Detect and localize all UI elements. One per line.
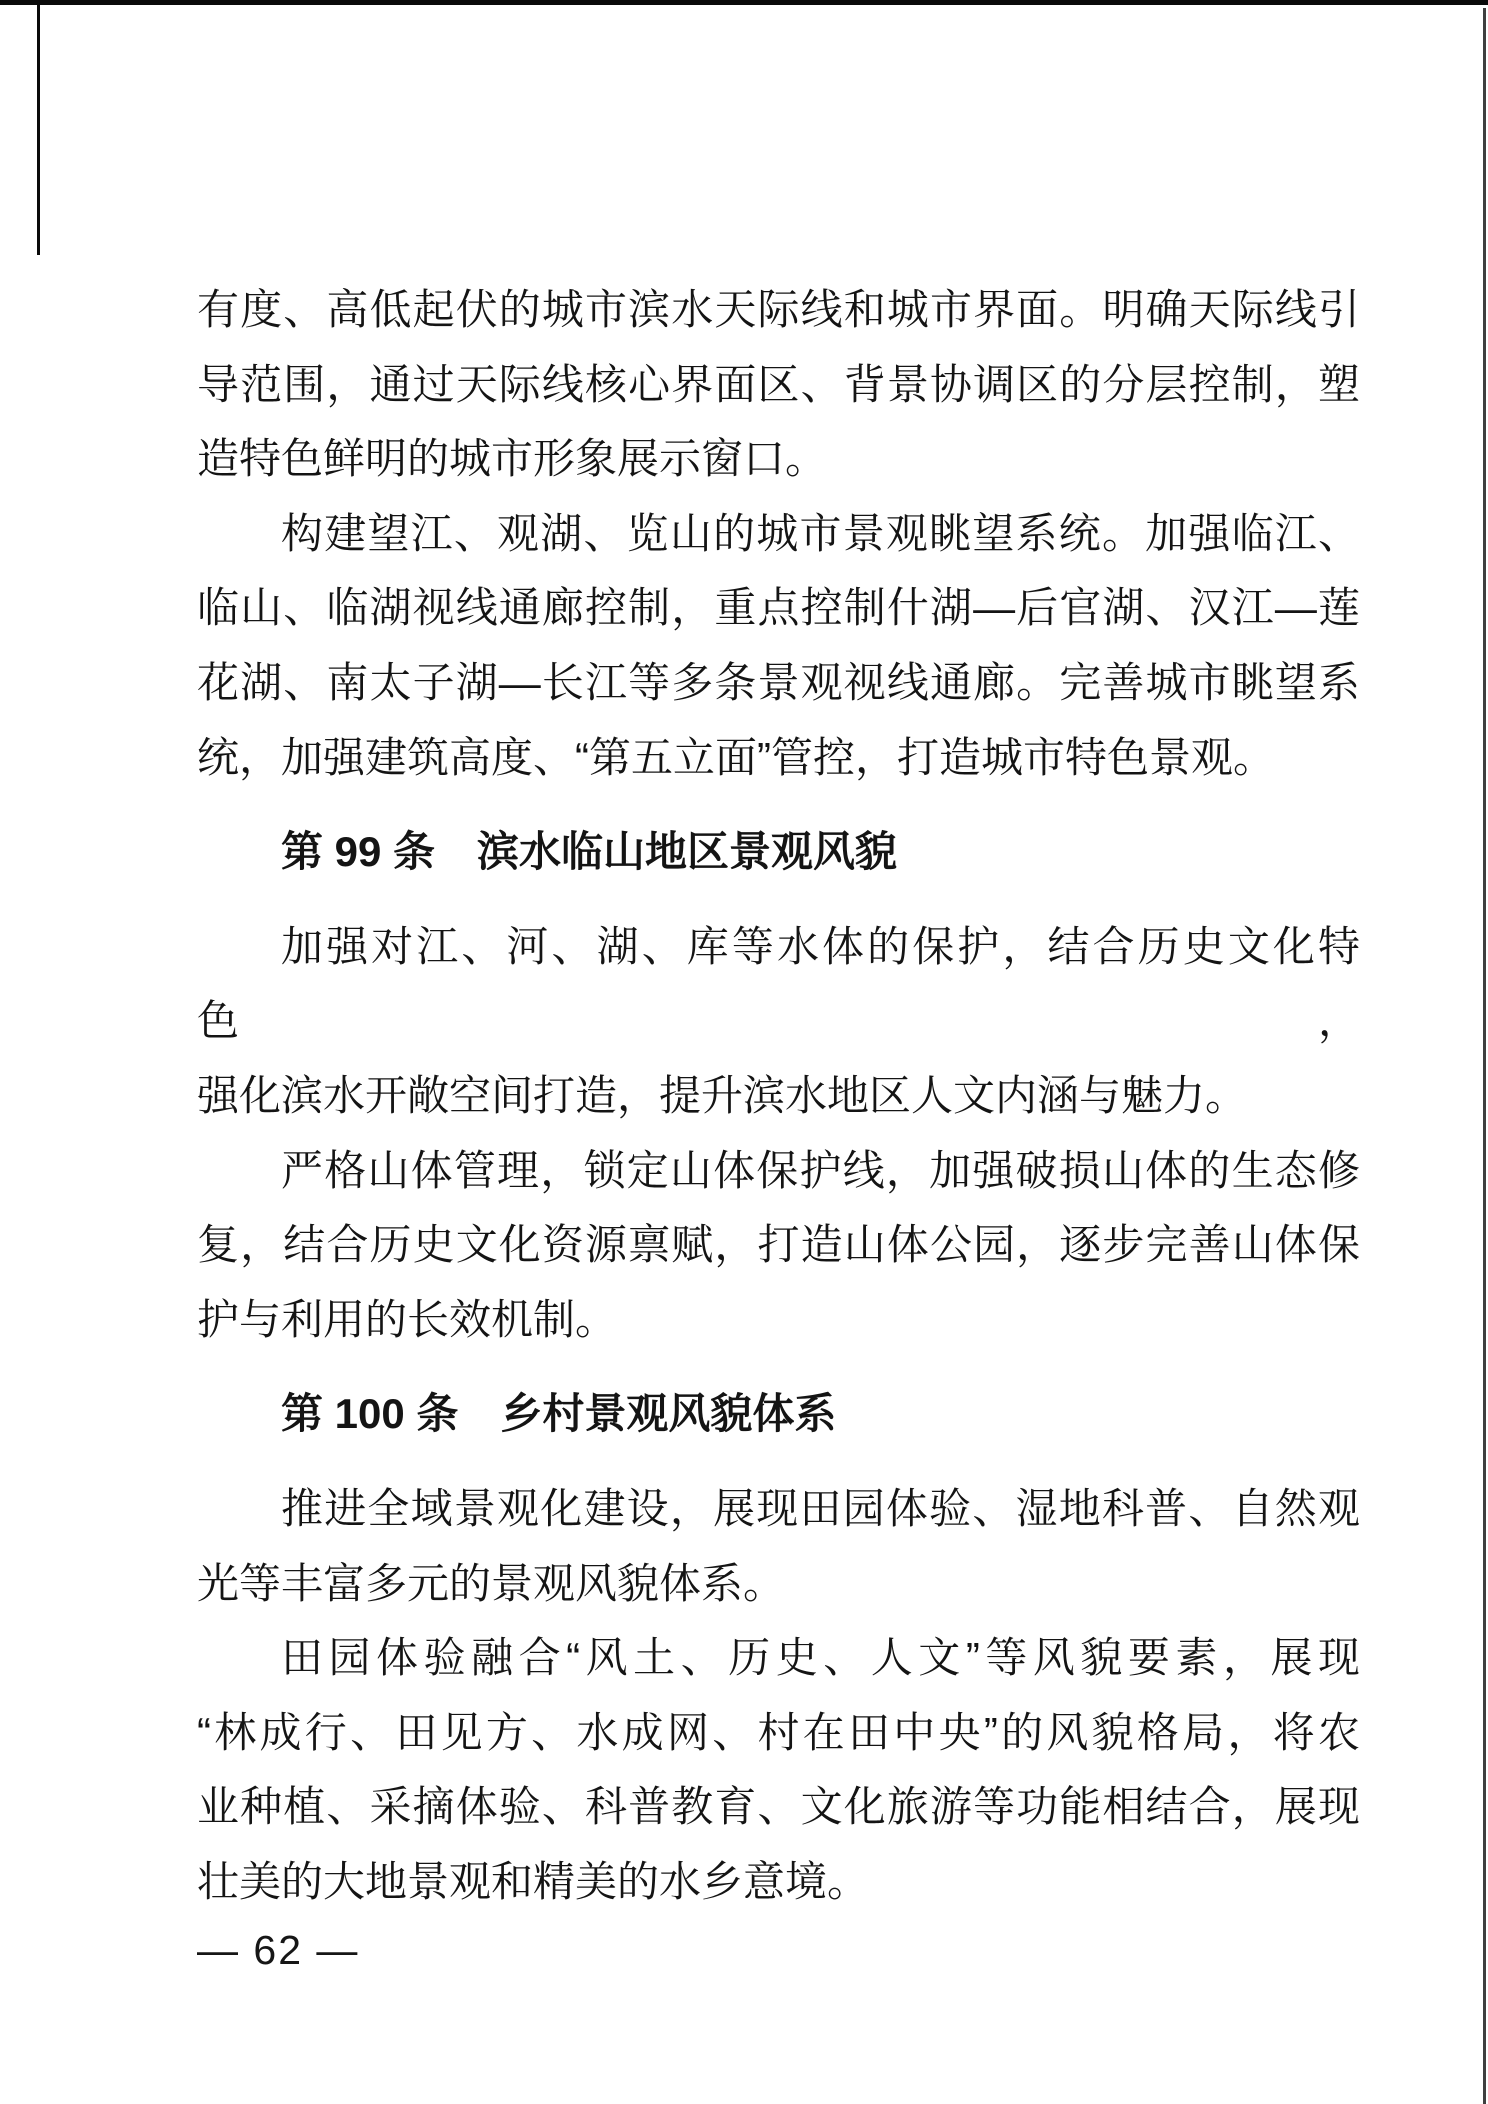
- text-line: 花湖、南太子湖—长江等多条景观视线通廊。完善城市眺望系: [197, 646, 1360, 721]
- text-line: 推进全域景观化建设，展现田园体验、湿地科普、自然观: [197, 1472, 1360, 1547]
- text-line: “林成行、田见方、水成网、村在田中央”的风貌格局，将农: [197, 1696, 1360, 1771]
- document-body: 有度、高低起伏的城市滨水天际线和城市界面。明确天际线引导范围，通过天际线核心界面…: [197, 273, 1360, 1919]
- page-number: — 62 —: [197, 1913, 359, 1988]
- text-line: 业种植、采摘体验、科普教育、文化旅游等功能相结合，展现: [197, 1770, 1360, 1845]
- text-line: 构建望江、观湖、览山的城市景观眺望系统。加强临江、: [197, 497, 1360, 572]
- text-line: 复，结合历史文化资源禀赋，打造山体公园，逐步完善山体保: [197, 1208, 1360, 1283]
- text-line: 临山、临湖视线通廊控制，重点控制什湖—后官湖、汉江—莲: [197, 571, 1360, 646]
- page-scan-edge-left: [37, 0, 40, 255]
- text-line: 加强对江、河、湖、库等水体的保护，结合历史文化特色，: [197, 910, 1360, 1059]
- text-line: 壮美的大地景观和精美的水乡意境。: [197, 1845, 1360, 1920]
- scanned-document-page: 有度、高低起伏的城市滨水天际线和城市界面。明确天际线引导范围，通过天际线核心界面…: [0, 0, 1488, 2104]
- text-line: 严格山体管理，锁定山体保护线，加强破损山体的生态修: [197, 1134, 1360, 1209]
- text-line: 有度、高低起伏的城市滨水天际线和城市界面。明确天际线引: [197, 273, 1360, 348]
- page-scan-edge-right: [1483, 8, 1486, 2104]
- page-scan-edge-top: [0, 0, 1488, 5]
- text-line: 田园体验融合“风土、历史、人文”等风貌要素，展现: [197, 1621, 1360, 1696]
- text-line: 造特色鲜明的城市形象展示窗口。: [197, 422, 1360, 497]
- text-line: 导范围，通过天际线核心界面区、背景协调区的分层控制，塑: [197, 348, 1360, 423]
- section-heading: 第 99 条 滨水临山地区景观风貌: [197, 815, 1360, 890]
- text-line: 护与利用的长效机制。: [197, 1283, 1360, 1358]
- section-heading: 第 100 条 乡村景观风貌体系: [197, 1377, 1360, 1452]
- text-line: 强化滨水开敞空间打造，提升滨水地区人文内涵与魅力。: [197, 1059, 1360, 1134]
- text-line: 光等丰富多元的景观风貌体系。: [197, 1547, 1360, 1622]
- text-line: 统，加强建筑高度、“第五立面”管控，打造城市特色景观。: [197, 721, 1360, 796]
